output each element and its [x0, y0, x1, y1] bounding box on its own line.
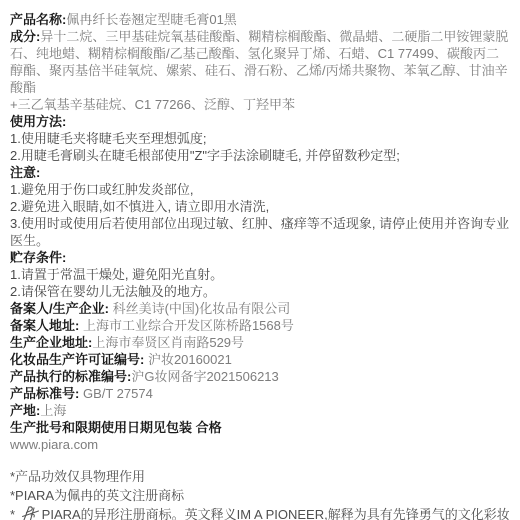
caution-item: 3.使用时或使用后若使用部位出现过敏、红肿、瘙痒等不适现象, 请停止使用并咨询专… [10, 215, 510, 249]
standard-filing-label: 产品执行的标准编号: [10, 369, 131, 384]
ingredients-row: 成分:异十二烷、三甲基硅烷氧基硅酸酯、糊精棕榈酸酯、微晶蜡、二硬脂二甲铵锂蒙脱石… [10, 28, 510, 96]
storage-title: 贮存条件: [10, 249, 510, 266]
storage-item: 2.请保管在婴幼儿无法触及的地方。 [10, 283, 510, 300]
registrant-address-value: 上海市工业综合开发区陈桥路1568号 [79, 318, 294, 333]
product-name-value: 佩冉纤长卷翘定型睫毛膏01黑 [66, 12, 236, 27]
registration-row: 生产企业地址:上海市奉贤区肖南路529号 [10, 334, 510, 351]
storage-item: 1.请置于常温干燥处, 避免阳光直射。 [10, 266, 510, 283]
manufacturer-address-value: 上海市奉贤区肖南路529号 [92, 335, 244, 350]
product-standard-label: 产品标准号: [10, 386, 79, 401]
ingredients-continuation: +三乙氧基辛基硅烷、C1 77266、泛醇、丁羟甲苯 [10, 96, 510, 113]
caution-item: 2.避免进入眼睛,如不慎进入, 请立即用水清洗, [10, 198, 510, 215]
origin-label: 产地: [10, 403, 40, 418]
footnote-logo-line: * PIARA的异形注册商标。英文释义IM A PIONEER,解释为具有先锋勇… [10, 505, 510, 520]
license-number-value: 沪妆20160021 [144, 352, 231, 367]
manufacturer-address-label: 生产企业地址: [10, 335, 92, 350]
registration-row: 产地:上海 [10, 402, 510, 419]
registrant-address-label: 备案人地址: [10, 318, 79, 333]
registrant-value: 科丝美诗(中国)化妆品有限公司 [109, 301, 290, 316]
product-name-label: 产品名称: [10, 12, 66, 27]
caution-title: 注意: [10, 164, 510, 181]
origin-value: 上海 [40, 403, 66, 418]
registrant-label: 备案人/生产企业: [10, 301, 109, 316]
product-info-sheet: 产品名称:佩冉纤长卷翘定型睫毛膏01黑 成分:异十二烷、三甲基硅烷氧基硅酸酯、糊… [0, 0, 520, 520]
registration-row: 化妆品生产许可证编号: 沪妆20160021 [10, 351, 510, 368]
piara-logo-mark-icon [21, 506, 40, 520]
website-url: www.piara.com [10, 436, 510, 453]
product-name-row: 产品名称:佩冉纤长卷翘定型睫毛膏01黑 [10, 11, 510, 28]
registration-row: 产品执行的标准编号:沪G妆网备字2021506213 [10, 368, 510, 385]
license-number-label: 化妆品生产许可证编号: [10, 352, 144, 367]
footnote-trademark: *PIARA为佩冉的英文注册商标 [10, 486, 510, 505]
footnote-physical-effect: *产品功效仅具物理作用 [10, 467, 510, 486]
ingredients-text: 异十二烷、三甲基硅烷氧基硅酸酯、糊精棕榈酸酯、微晶蜡、二硬脂二甲铵锂蒙脱石、纯地… [10, 29, 508, 95]
batch-qualified-line: 生产批号和限期使用日期见包装 合格 [10, 419, 510, 436]
standard-filing-value: 沪G妆网备字2021506213 [131, 369, 278, 384]
usage-step: 1.使用睫毛夹将睫毛夹至理想弧度; [10, 130, 510, 147]
ingredients-label: 成分: [10, 29, 40, 44]
footnotes-block: *产品功效仅具物理作用 *PIARA为佩冉的英文注册商标 * PIARA的异形注… [10, 467, 510, 520]
caution-item: 1.避免用于伤口或红肿发炎部位, [10, 181, 510, 198]
registration-row: 产品标准号: GB/T 27574 [10, 385, 510, 402]
registration-row: 备案人/生产企业: 科丝美诗(中国)化妆品有限公司 [10, 300, 510, 317]
usage-title: 使用方法: [10, 113, 510, 130]
usage-step: 2.用睫毛膏刷头在睫毛根部使用"Z"字手法涂刷睫毛, 并停留数秒定型; [10, 147, 510, 164]
product-standard-value: GB/T 27574 [79, 386, 152, 401]
registration-row: 备案人地址: 上海市工业综合开发区陈桥路1568号 [10, 317, 510, 334]
